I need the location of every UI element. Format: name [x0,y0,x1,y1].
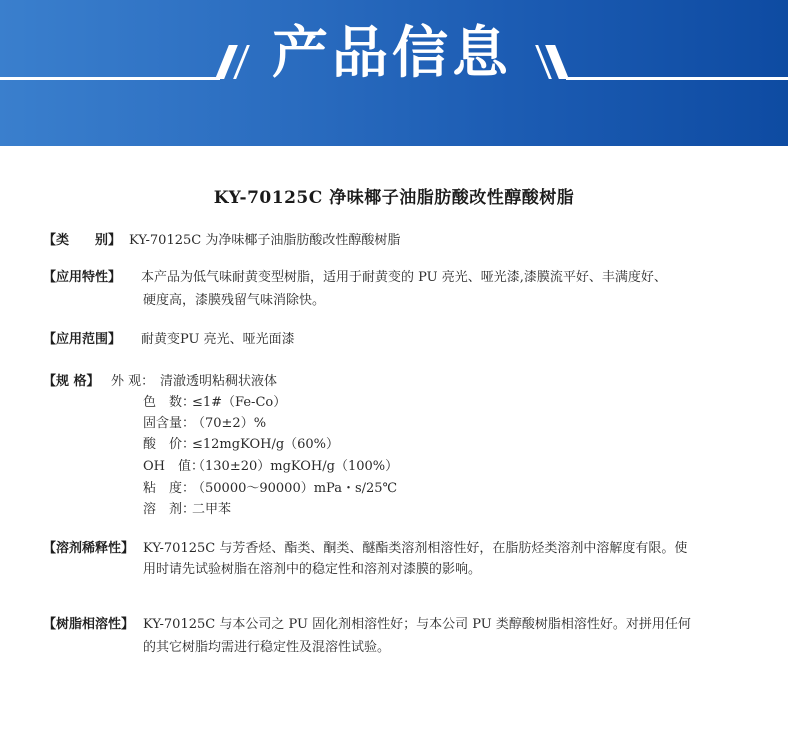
spec-value: （50000～90000）mPa・s/25℃ [192,478,397,499]
banner-divider-left [0,77,220,80]
section-label: 【应用特性】 [43,267,121,288]
spec-value: 二甲苯 [192,499,231,520]
section-label: 【类 别】 [43,230,121,251]
section-text: 耐黄变PU 亮光、哑光面漆 [141,329,295,350]
section-text-line: 的其它树脂均需进行稳定性及混溶性试验。 [143,637,390,658]
spec-value: 清澈透明粘稠状液体 [160,371,277,392]
spec-key: 外 观： [111,371,154,392]
section-text-line: KY-70125C 与芳香烃、酯类、酮类、醚酯类溶剂相溶性好，在脂肪烃类溶剂中溶… [143,538,687,559]
spec-key: 溶 剂： [143,499,195,520]
spec-key: 色 数： [143,392,195,413]
banner-title: 产品信息 [262,22,522,86]
banner-divider-right [566,77,788,80]
section-text-line: 本产品为低气味耐黄变型树脂，适用于耐黄变的 PU 亮光、哑光漆,漆膜流平好、丰满… [141,267,667,288]
spec-key: 固含量： [143,413,195,434]
section-label: 【规 格】 [43,371,100,392]
section-text-line: 用时请先试验树脂在溶剂中的稳定性和溶剂对漆膜的影响。 [143,559,481,580]
spec-value: ≤1#（Fe-Co） [192,392,286,413]
section-text-line: KY-70125C 与本公司之 PU 固化剂相溶性好；与本公司 PU 类醇酸树脂… [143,614,691,635]
spec-value: （70±2）% [192,413,266,434]
section-text: KY-70125C 为净味椰子油脂肪酸改性醇酸树脂 [129,230,400,251]
product-title: KY-70125C 净味椰子油脂肪酸改性醇酸树脂 [0,183,788,208]
spec-value: ≤12mgKOH/g（60%） [192,434,339,455]
section-label: 【应用范围】 [43,329,121,350]
spec-value: （130±20）mgKOH/g（100%） [192,456,398,477]
section-label: 【树脂相溶性】 [43,614,134,635]
section-label: 【溶剂稀释性】 [43,538,134,559]
spec-key: 酸 价： [143,434,195,455]
section-text-line: 硬度高，漆膜残留气味消除快。 [143,290,325,311]
product-info-banner: 产品信息 [0,0,788,146]
spec-key: 粘 度： [143,478,195,499]
